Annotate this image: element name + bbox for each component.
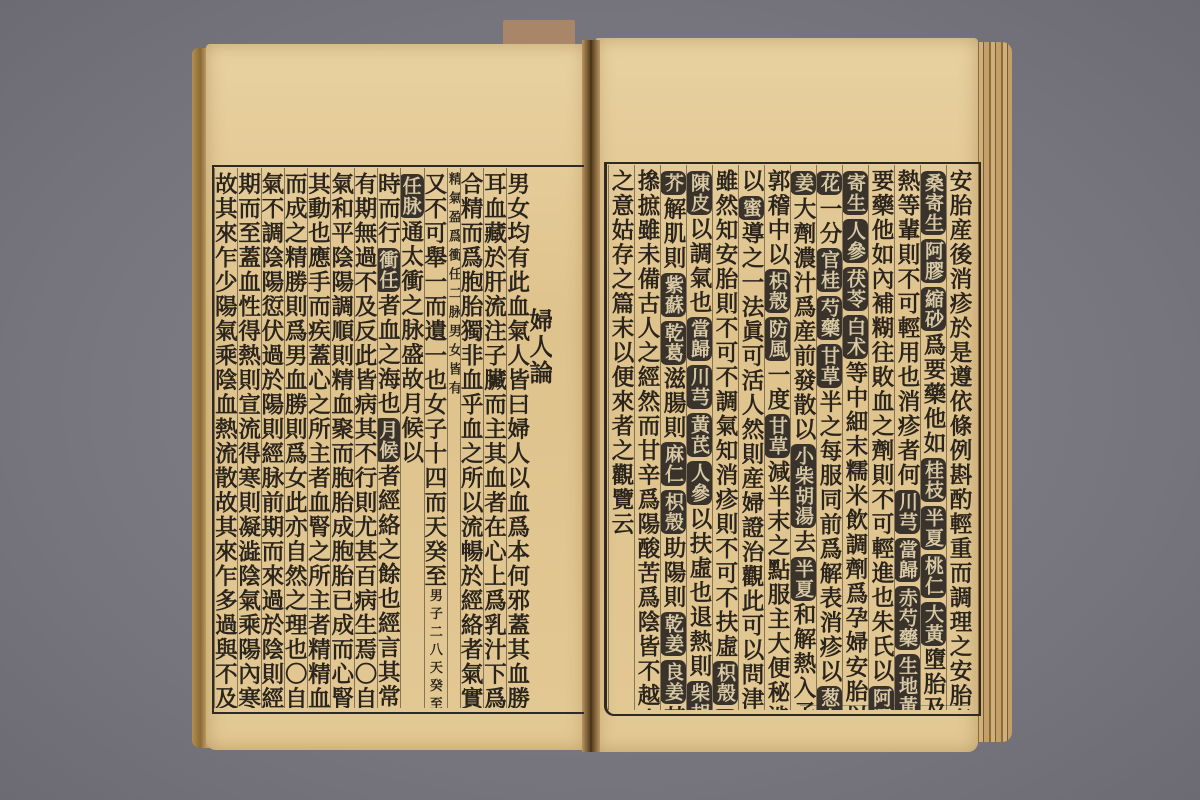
text-run: 和解熱入子宮 (790, 603, 816, 711)
text-column: 之意姑存之篇末以便來者之觀覽云 (608, 165, 634, 710)
text-column: 氣不調陰陽愆伏過於陽則經脉前期而來過於陰則經脉後 (261, 168, 284, 708)
text-run: 雖然知安胎則不可不調氣知消疹則不可不扶虛 (712, 169, 738, 659)
herb-name-label: 半夏 (790, 557, 816, 601)
text-run: 有期無過不及反此皆病其不行則尤甚百病生焉〇自其血 (354, 172, 377, 708)
text-run: 故其來乍少陽氣乘陰血熱流散故其來乍多過與不及皆致 (214, 172, 237, 708)
herb-name-label: 月候 (377, 418, 400, 462)
open-book: 婦人論 男女均有此血氣人皆曰婦人以血爲本何邪蓋其血勝於氣耳血藏於肝流注子臟而主其… (0, 0, 1200, 800)
herb-name-label: 大黃 (920, 602, 946, 646)
text-column: 安胎産後消疹於是遵依條例斟酌輕重而調理之安胎者何 (946, 165, 972, 710)
herb-name-label: 葱白 (816, 686, 842, 710)
herb-name-label: 衝任 (377, 248, 400, 292)
text-column: 耳血藏於肝流注子臟而主其血者在心上爲乳汁下爲月水 (483, 168, 506, 708)
herb-name-label: 當歸 (686, 317, 712, 361)
text-run: 助陽則 (660, 536, 686, 610)
text-column: 任脉通太衝之脉盛故月候以 (400, 168, 423, 708)
text-run: 精氣盈爲衝任二脉男女皆有 (447, 172, 460, 400)
book-gutter (582, 40, 600, 752)
text-run: 男子二八天癸至 (427, 589, 442, 709)
text-run: 以 (738, 169, 764, 194)
herb-name-label: 枳殼 (660, 490, 686, 534)
herb-name-label: 任脉 (400, 174, 423, 218)
herb-name-label: 柴胡 (686, 681, 712, 711)
herb-name-label: 麻仁 (660, 442, 686, 486)
herb-name-label: 生地黃 (894, 654, 920, 711)
text-column: 又不可舉一而遺一也女子十四而天癸至男子二八天癸至 (424, 168, 447, 708)
herb-name-label: 蜜 (738, 196, 764, 220)
text-run: 而成之精勝則爲男血勝則爲女此亦自然之理也〇自其血 (284, 172, 307, 708)
herb-name-label: 官桂 (816, 248, 842, 292)
herb-name-label: 桂枝 (920, 458, 946, 502)
text-run: 等中細末糯米飲調劑爲孕婦安胎以 (842, 361, 868, 710)
herb-name-label: 紫蘇 (660, 273, 686, 317)
text-column: 郭稽中以枳殼防風一度甘草減半末之點服主大便秘澁又 (764, 165, 790, 710)
herb-name-label: 陳皮 (686, 171, 712, 215)
herb-name-label: 川芎 (894, 490, 920, 534)
text-column: 花一分官桂芍藥甘草半之每服同前爲解表消疹以葱白生 (816, 165, 842, 710)
text-column: 雖然知安胎則不可不調氣知消疹則不可不扶虛枳殼香附 (712, 165, 738, 710)
text-run: 以調氣也 (686, 217, 712, 315)
text-column: 而成之精勝則爲男血勝則爲女此亦自然之理也〇自其血 (284, 168, 307, 708)
text-run: 期而至蓋血性得熱則宣流得寒則凝澁陰氣乘陽內寒血澁 (237, 172, 260, 708)
text-run: 其動也應手而疾蓋心之所主者血腎之所主者精精血交并 (307, 172, 330, 708)
text-run: 導之一法眞可活人然則産婦證治觀此可以問津索塗矣 (738, 222, 764, 711)
text-run: 要藥他如內補糊往敗血之劑則不可輕進也朱氏以 (868, 169, 894, 684)
text-run: 耳血藏於肝流注子臟而主其血者在心上爲乳汁下爲月水 (483, 172, 506, 708)
text-run: 去 (790, 530, 816, 555)
text-run: 時而行 (377, 172, 400, 246)
herb-name-label: 枳殼 (764, 269, 790, 313)
text-run: 之意姑存之篇末以便來者之觀覽云 (608, 169, 634, 537)
text-column: 熱等輩則不可輕用也消疹者何川芎當歸赤芍藥生地黃爲 (894, 165, 920, 710)
herb-name-label: 白术 (842, 315, 868, 359)
text-column: 時而行衝任者血之海也月候者經絡之餘也經言其常其來 (377, 168, 400, 708)
text-column: 氣和平陰陽調順則精血聚而胞胎成胞胎已成而心腎二脉 (330, 168, 353, 708)
text-run: 又不可舉一而遺一也女子十四而天癸至 (424, 172, 447, 589)
herb-name-label: 川芎 (686, 365, 712, 409)
herb-name-label: 防風 (764, 317, 790, 361)
text-run: 熱等輩則不可輕用也消疹者何 (894, 169, 920, 488)
text-run: 一度 (764, 363, 790, 412)
herb-name-label: 良姜 (660, 660, 686, 704)
text-column: 撡摭雖未備古人之經然而甘辛爲陽酸苦爲陰皆不越古人 (634, 165, 660, 710)
herb-name-label: 寄生 (842, 171, 868, 215)
text-run: 男女均有此血氣人皆曰婦人以血爲本何邪蓋其血勝於氣 (506, 172, 529, 708)
text-run: 半之每服同前爲解表消疹以 (816, 390, 842, 684)
herb-name-label: 半夏 (920, 506, 946, 550)
text-column: 男女均有此血氣人皆曰婦人以血爲本何邪蓋其血勝於氣 (506, 168, 529, 708)
text-run: 氣和平陰陽調順則精血聚而胞胎成胞胎已成而心腎二脉 (330, 172, 353, 708)
text-run: 者經絡之餘也經言其常其來 (377, 464, 400, 708)
text-run: 大劑濃汁爲産前發散以 (790, 197, 816, 442)
text-run: 通太衝之脉盛故月候以 (400, 220, 423, 465)
herb-name-label: 阿膠 (920, 239, 946, 283)
herb-name-label: 甘草 (764, 414, 790, 458)
herb-name-label: 阿膠 (868, 686, 894, 711)
herb-name-label: 桑寄生 (920, 171, 946, 235)
herb-name-label: 芍藥 (816, 296, 842, 340)
herb-name-label: 小柴胡湯 (790, 444, 816, 528)
text-run: 郭稽中以 (764, 169, 790, 267)
text-run: 滋腸則 (660, 367, 686, 441)
herb-name-label: 桃仁 (920, 554, 946, 598)
text-column: 精氣盈爲衝任二脉男女皆有 (447, 168, 460, 708)
text-run: 解肌則 (660, 197, 686, 271)
herb-name-label: 當歸 (894, 538, 920, 582)
text-run: 墮胎及燥 (920, 648, 946, 711)
text-column: 以蜜導之一法眞可活人然則産婦證治觀此可以問津索塗矣 (738, 165, 764, 710)
text-run: 以扶虛也退熱則 (686, 507, 712, 679)
herb-name-label: 芥 (660, 171, 686, 195)
text-run: 爲要藥他如 (920, 333, 946, 456)
left-page-text: 婦人論 男女均有此血氣人皆曰婦人以血爲本何邪蓋其血勝於氣耳血藏於肝流注子臟而主其… (214, 168, 552, 708)
herb-name-label: 花 (816, 171, 842, 195)
herb-name-label: 縮砂 (920, 287, 946, 331)
text-column: 桑寄生阿膠縮砂爲要藥他如桂枝半夏桃仁大黃墮胎及燥 (920, 165, 946, 710)
text-run: 減半末之點服主大便秘澁又 (764, 460, 790, 710)
text-run: 安胎産後消疹於是遵依條例斟酌輕重而調理之安胎者何 (946, 169, 972, 710)
text-run: 一分 (816, 197, 842, 246)
text-column: 故其來乍少陽氣乘陰血熱流散故其來乍多過與不及皆致 (214, 168, 237, 708)
herb-name-label: 人參 (686, 461, 712, 505)
herb-name-label: 乾葛 (660, 321, 686, 365)
text-column: 姜大劑濃汁爲産前發散以小柴胡湯去半夏和解熱入子宮 (790, 165, 816, 710)
herb-name-label: 枳殼 (712, 661, 738, 705)
text-column: 其動也應手而疾蓋心之所主者血腎之所主者精精血交并 (307, 168, 330, 708)
text-column: 陳皮以調氣也當歸川芎黃芪人參以扶虛也退熱則柴胡黃芩 (686, 165, 712, 710)
herb-name-label: 人參 (842, 219, 868, 263)
herb-name-label: 香附 (712, 709, 738, 710)
herb-name-label: 黃芪 (686, 413, 712, 457)
herb-name-label: 姜 (790, 171, 816, 195)
text-column: 合精而爲胞胎獨非血乎血之所以流暢於經絡者氣實使之 (460, 168, 483, 708)
text-run: 其間 (660, 706, 686, 711)
text-column: 期而至蓋血性得熱則宣流得寒則凝澁陰氣乘陽內寒血澁 (237, 168, 260, 708)
text-run: 氣不調陰陽愆伏過於陽則經脉前期而來過於陰則經脉後 (261, 172, 284, 708)
herb-name-label: 赤芍藥 (894, 586, 920, 650)
right-page-text: 安胎産後消疹於是遵依條例斟酌輕重而調理之安胎者何桑寄生阿膠縮砂爲要藥他如桂枝半夏… (608, 165, 972, 710)
text-run: 合精而爲胞胎獨非血乎血之所以流暢於經絡者氣實使之 (460, 172, 483, 708)
text-run: 者血之海也 (377, 294, 400, 417)
text-column: 要藥他如內補糊往敗血之劑則不可輕進也朱氏以阿膠糯米 (868, 165, 894, 710)
text-column: 芥解肌則紫蘇乾葛滋腸則麻仁枳殼助陽則乾姜良姜其間 (660, 165, 686, 710)
text-run: 撡摭雖未備古人之經然而甘辛爲陽酸苦爲陰皆不越古人 (634, 169, 660, 710)
chapter-title: 婦人論 (530, 168, 552, 708)
herb-name-label: 甘草 (816, 344, 842, 388)
text-column: 有期無過不及反此皆病其不行則尤甚百病生焉〇自其血 (354, 168, 377, 708)
text-column: 寄生人參茯苓白术等中細末糯米飲調劑爲孕婦安胎以紅 (842, 165, 868, 710)
herb-name-label: 乾姜 (660, 612, 686, 656)
herb-name-label: 茯苓 (842, 267, 868, 311)
